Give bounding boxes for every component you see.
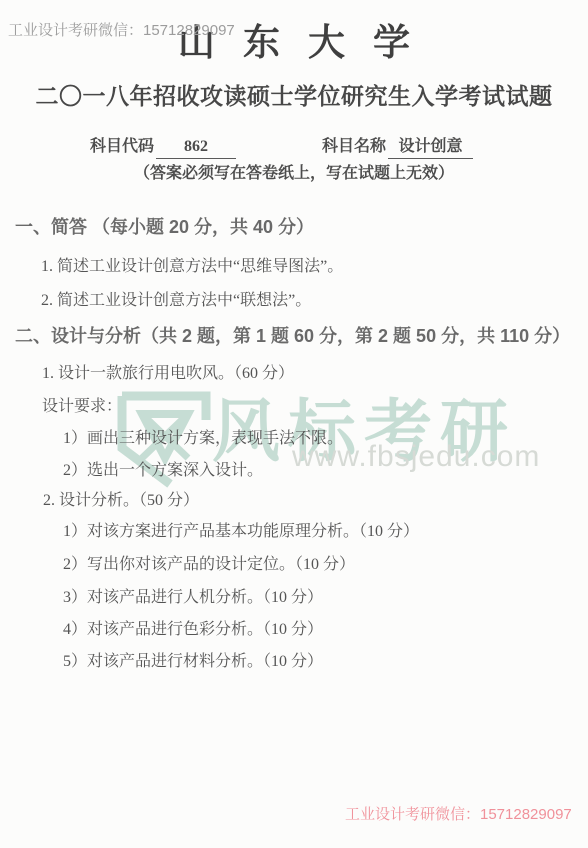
section2-q1: 1. 设计一款旅行用电吹风。（60 分） — [42, 364, 294, 383]
exam-title: 二〇一八年招收攻读硕士学位研究生入学考试试题 — [0, 83, 588, 111]
section1-item2: 2. 简述工业设计创意方法中“联想法”。 — [41, 291, 311, 310]
subject-line: 科目代码 862 科目名称 设计创意 — [0, 137, 588, 159]
section1-item1: 1. 简述工业设计创意方法中“思维导图法”。 — [41, 257, 343, 276]
section2-q2: 2. 设计分析。（50 分） — [43, 491, 199, 510]
exam-paper-page: 风标考研 www.fbsjedu.com 工业设计考研微信：1571282909… — [0, 0, 588, 848]
section2-q2-sub4: 4）对该产品进行色彩分析。（10 分） — [63, 620, 323, 639]
section1-heading: 一、简答 （每小题 20 分，共 40 分） — [15, 217, 314, 239]
section2-q1-requirements-label: 设计要求： — [42, 397, 122, 416]
section2-q2-sub1: 1）对该方案进行产品基本功能原理分析。（10 分） — [63, 522, 419, 541]
section2-q2-sub3: 3）对该产品进行人机分析。（10 分） — [63, 588, 323, 607]
subject-name-value: 设计创意 — [388, 137, 473, 159]
subject-code-value: 862 — [156, 137, 236, 159]
section2-q2-sub2: 2）写出你对该产品的设计定位。（10 分） — [63, 555, 355, 574]
top-watermark-text: 工业设计考研微信：15712829097 — [8, 22, 235, 40]
subject-code-label: 科目代码 — [90, 137, 154, 156]
section2-heading: 二、设计与分析（共 2 题，第 1 题 60 分，第 2 题 50 分，共 11… — [15, 326, 570, 348]
section2-q2-sub5: 5）对该产品进行材料分析。（10 分） — [63, 652, 323, 671]
answer-notice: （答案必须写在答卷纸上，写在试题上无效） — [0, 164, 588, 183]
section2-q1-req1: 1）画出三种设计方案，表现手法不限。 — [63, 429, 343, 448]
section2-q1-req2: 2）选出一个方案深入设计。 — [63, 461, 263, 480]
bottom-watermark-text: 工业设计考研微信：15712829097 — [345, 806, 572, 824]
subject-name-label: 科目名称 — [322, 137, 386, 156]
